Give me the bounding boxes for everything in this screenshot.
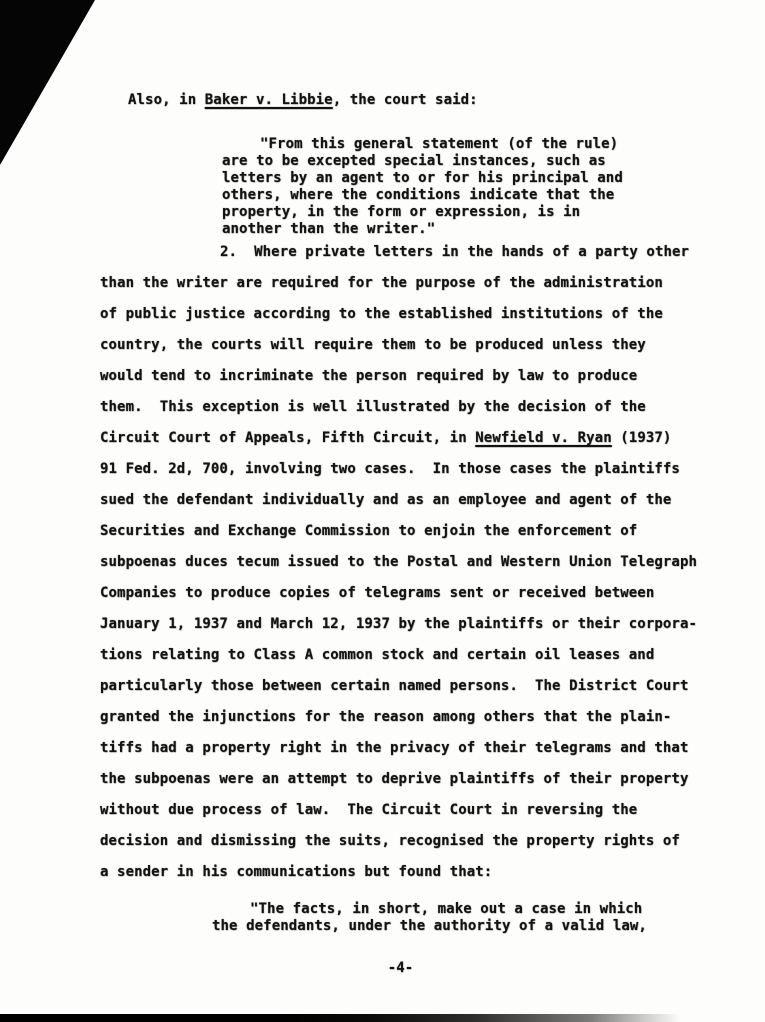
text-line: January 1, 1937 and March 12, 1937 by th…: [100, 614, 697, 645]
text-line: tiffs had a property right in the privac…: [100, 738, 697, 769]
text-line-with-citation: Circuit Court of Appeals, Fifth Circuit,…: [100, 428, 697, 459]
scan-artifact-corner-triangle: [0, 0, 95, 165]
text-line: 2. Where private letters in the hands of…: [100, 242, 697, 273]
block-quote-1: "From this general statement (of the rul…: [222, 136, 623, 238]
text-line: sued the defendant individually and as a…: [100, 490, 697, 521]
text-line: them. This exception is well illustrated…: [100, 397, 697, 428]
quote-line: letters by an agent to or for his princi…: [222, 170, 623, 187]
text-line: tions relating to Class A common stock a…: [100, 645, 697, 676]
quote-line: the defendants, under the authority of a…: [212, 918, 647, 935]
text-line: 91 Fed. 2d, 700, involving two cases. In…: [100, 459, 697, 490]
text-line: decision and dismissing the suits, recog…: [100, 831, 697, 862]
intro-line: Also, in Baker v. Libbie, the court said…: [128, 92, 478, 108]
text-line: subpoenas duces tecum issued to the Post…: [100, 552, 697, 583]
case-citation-baker: Baker v. Libbie: [205, 92, 333, 108]
text-line: country, the courts will require them to…: [100, 335, 697, 366]
quote-line: "The facts, in short, make out a case in…: [212, 901, 647, 918]
quote-line: property, in the form or expression, is …: [222, 204, 623, 221]
case-citation-newfield: Newfield v. Ryan: [475, 430, 611, 446]
text-line: would tend to incriminate the person req…: [100, 366, 697, 397]
intro-text-post: , the court said:: [333, 92, 478, 108]
text-line: granted the injunctions for the reason a…: [100, 707, 697, 738]
quote-line: "From this general statement (of the rul…: [222, 136, 623, 153]
intro-text-pre: Also, in: [128, 92, 205, 108]
main-paragraph: 2. Where private letters in the hands of…: [100, 242, 697, 893]
text-line: than the writer are required for the pur…: [100, 273, 697, 304]
quote-line: another than the writer.": [222, 221, 623, 238]
citation-text-post: (1937): [612, 430, 672, 446]
scanned-document-page: Also, in Baker v. Libbie, the court said…: [0, 0, 765, 1022]
scan-artifact-bottom-bar: [0, 1014, 765, 1022]
text-line: a sender in his communications but found…: [100, 862, 697, 893]
citation-text-pre: Circuit Court of Appeals, Fifth Circuit,…: [100, 430, 475, 446]
text-line: without due process of law. The Circuit …: [100, 800, 697, 831]
block-quote-2: "The facts, in short, make out a case in…: [212, 901, 647, 935]
text-line: particularly those between certain named…: [100, 676, 697, 707]
text-line: the subpoenas were an attempt to deprive…: [100, 769, 697, 800]
text-line: Securities and Exchange Commission to en…: [100, 521, 697, 552]
page-number: -4-: [0, 960, 765, 976]
text-line: of public justice according to the estab…: [100, 304, 697, 335]
quote-line: others, where the conditions indicate th…: [222, 187, 623, 204]
quote-line: are to be excepted special instances, su…: [222, 153, 623, 170]
text-line: Companies to produce copies of telegrams…: [100, 583, 697, 614]
